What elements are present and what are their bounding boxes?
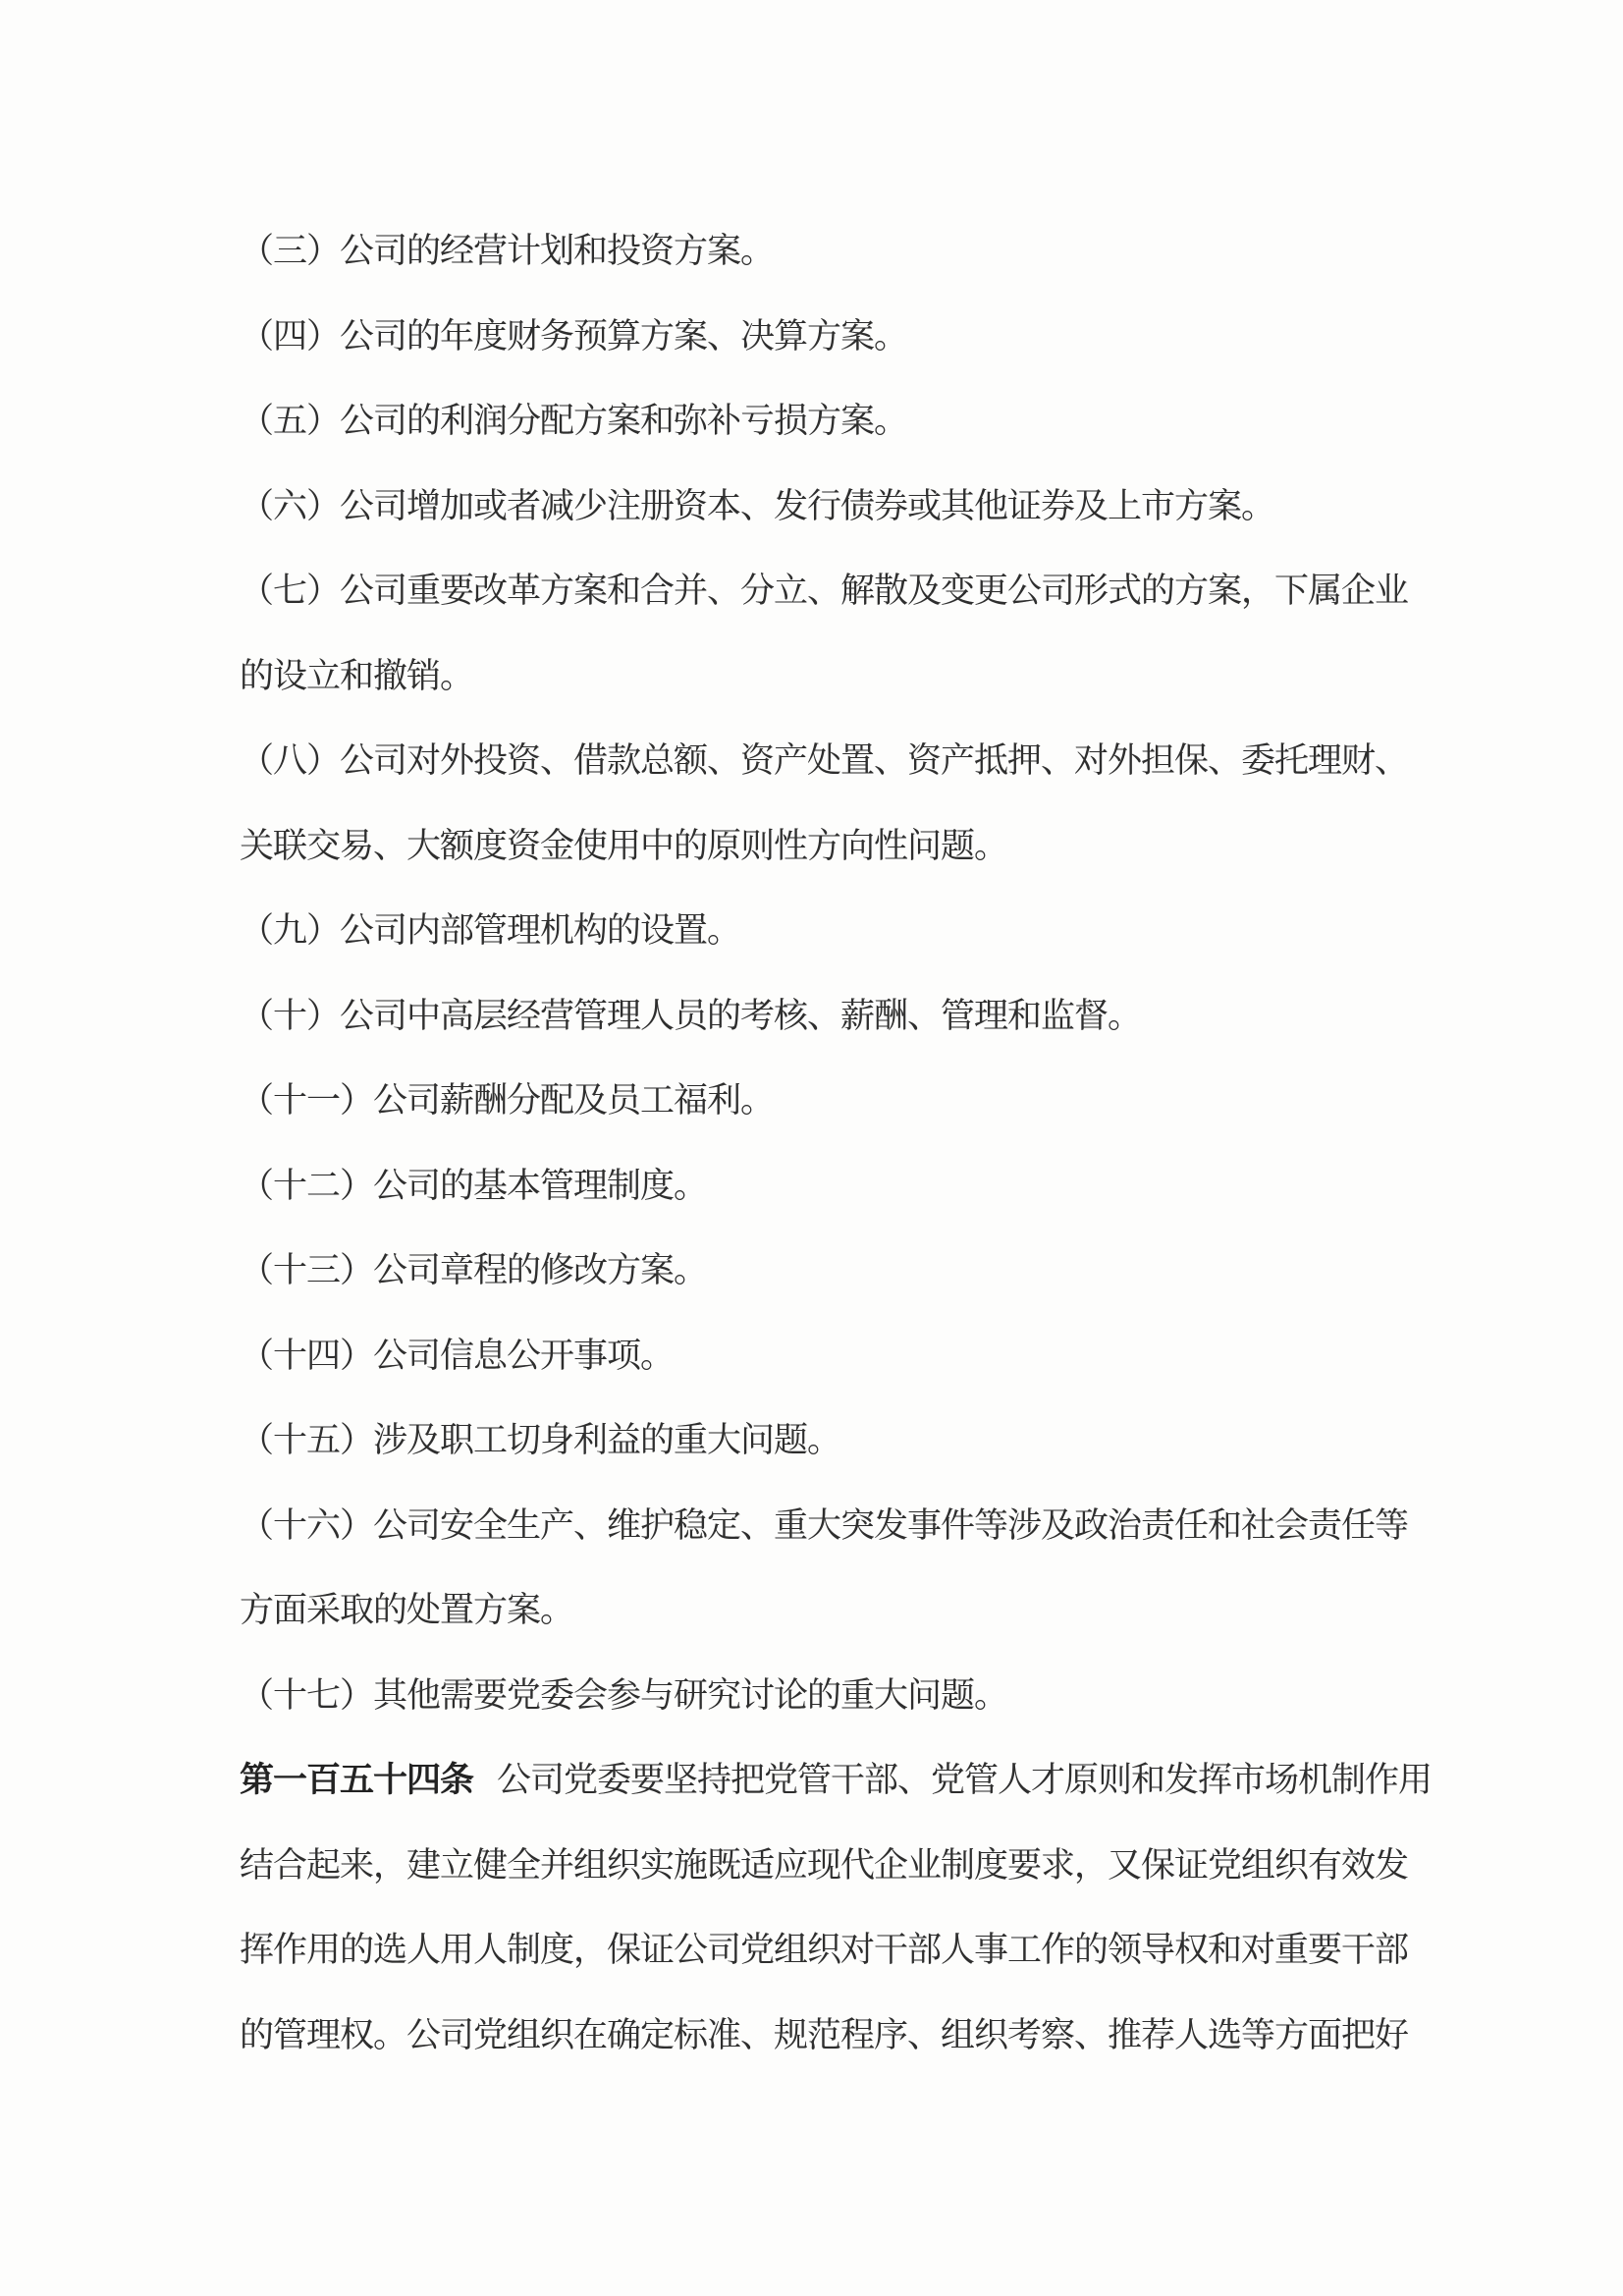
line-text: 公司党委要坚持把党管干部、党管人才原则和发挥市场机制作用 (497, 1761, 1432, 1799)
line-text: （十三）公司章程的修改方案。 (240, 1251, 707, 1289)
text-line: 方面采取的处置方案。 (240, 1568, 1408, 1654)
text-line: （十二）公司的基本管理制度。 (240, 1144, 1408, 1230)
line-text: （十二）公司的基本管理制度。 (240, 1167, 707, 1205)
line-text: 方面采取的处置方案。 (240, 1591, 573, 1629)
text-line: （十七）其他需要党委会参与研究讨论的重大问题。 (240, 1654, 1408, 1739)
document-text-block: （三）公司的经营计划和投资方案。（四）公司的年度财务预算方案、决算方案。（五）公… (240, 209, 1408, 2078)
line-text: （十五）涉及职工切身利益的重大问题。 (240, 1421, 840, 1459)
document-page: （三）公司的经营计划和投资方案。（四）公司的年度财务预算方案、决算方案。（五）公… (0, 0, 1623, 2296)
line-text: （十七）其他需要党委会参与研究讨论的重大问题。 (240, 1676, 1007, 1715)
line-text: （三）公司的经营计划和投资方案。 (240, 232, 774, 270)
text-line: 挥作用的选人用人制度，保证公司党组织对干部人事工作的领导权和对重要干部 (240, 1908, 1408, 1994)
text-line: （十一）公司薪酬分配及员工福利。 (240, 1059, 1408, 1144)
text-line: 的设立和撤销。 (240, 634, 1408, 720)
line-text: 结合起来，建立健全并组织实施既适应现代企业制度要求，又保证党组织有效发 (240, 1846, 1408, 1885)
text-line: 结合起来，建立健全并组织实施既适应现代企业制度要求，又保证党组织有效发 (240, 1824, 1408, 1909)
text-line: （七）公司重要改革方案和合并、分立、解散及变更公司形式的方案，下属企业 (240, 549, 1408, 634)
text-line: （四）公司的年度财务预算方案、决算方案。 (240, 295, 1408, 380)
text-line: （十六）公司安全生产、维护稳定、重大突发事件等涉及政治责任和社会责任等 (240, 1484, 1408, 1569)
line-text: （十）公司中高层经营管理人员的考核、薪酬、管理和监督。 (240, 997, 1141, 1035)
line-text: （七）公司重要改革方案和合并、分立、解散及变更公司形式的方案，下属企业 (240, 572, 1408, 610)
line-text: （五）公司的利润分配方案和弥补亏损方案。 (240, 402, 907, 440)
text-line: 关联交易、大额度资金使用中的原则性方向性问题。 (240, 804, 1408, 890)
text-line: 的管理权。公司党组织在确定标准、规范程序、组织考察、推荐人选等方面把好 (240, 1994, 1408, 2079)
line-text: 的管理权。公司党组织在确定标准、规范程序、组织考察、推荐人选等方面把好 (240, 2016, 1408, 2054)
line-text: （六）公司增加或者减少注册资本、发行债券或其他证券及上市方案。 (240, 487, 1274, 525)
text-line: （三）公司的经营计划和投资方案。 (240, 209, 1408, 295)
text-line: （九）公司内部管理机构的设置。 (240, 889, 1408, 974)
text-line: （八）公司对外投资、借款总额、资产处置、资产抵押、对外担保、委托理财、 (240, 719, 1408, 804)
line-text: 挥作用的选人用人制度，保证公司党组织对干部人事工作的领导权和对重要干部 (240, 1931, 1408, 1969)
text-line: （十五）涉及职工切身利益的重大问题。 (240, 1398, 1408, 1484)
line-text: 关联交易、大额度资金使用中的原则性方向性问题。 (240, 827, 1007, 865)
line-text: 的设立和撤销。 (240, 657, 473, 695)
line-text: （十四）公司信息公开事项。 (240, 1337, 674, 1375)
text-line: （十四）公司信息公开事项。 (240, 1314, 1408, 1399)
text-line: （十三）公司章程的修改方案。 (240, 1229, 1408, 1314)
line-text: （十一）公司薪酬分配及员工福利。 (240, 1081, 774, 1120)
article-number: 第一百五十四条 (240, 1761, 473, 1799)
text-line: （十）公司中高层经营管理人员的考核、薪酬、管理和监督。 (240, 974, 1408, 1060)
text-line: （六）公司增加或者减少注册资本、发行债券或其他证券及上市方案。 (240, 465, 1408, 550)
text-line: 第一百五十四条公司党委要坚持把党管干部、党管人才原则和发挥市场机制作用 (240, 1738, 1408, 1824)
line-text: （四）公司的年度财务预算方案、决算方案。 (240, 317, 907, 355)
line-text: （十六）公司安全生产、维护稳定、重大突发事件等涉及政治责任和社会责任等 (240, 1506, 1408, 1545)
text-line: （五）公司的利润分配方案和弥补亏损方案。 (240, 379, 1408, 465)
line-text: （九）公司内部管理机构的设置。 (240, 911, 740, 950)
line-text: （八）公司对外投资、借款总额、资产处置、资产抵押、对外担保、委托理财、 (240, 741, 1408, 780)
